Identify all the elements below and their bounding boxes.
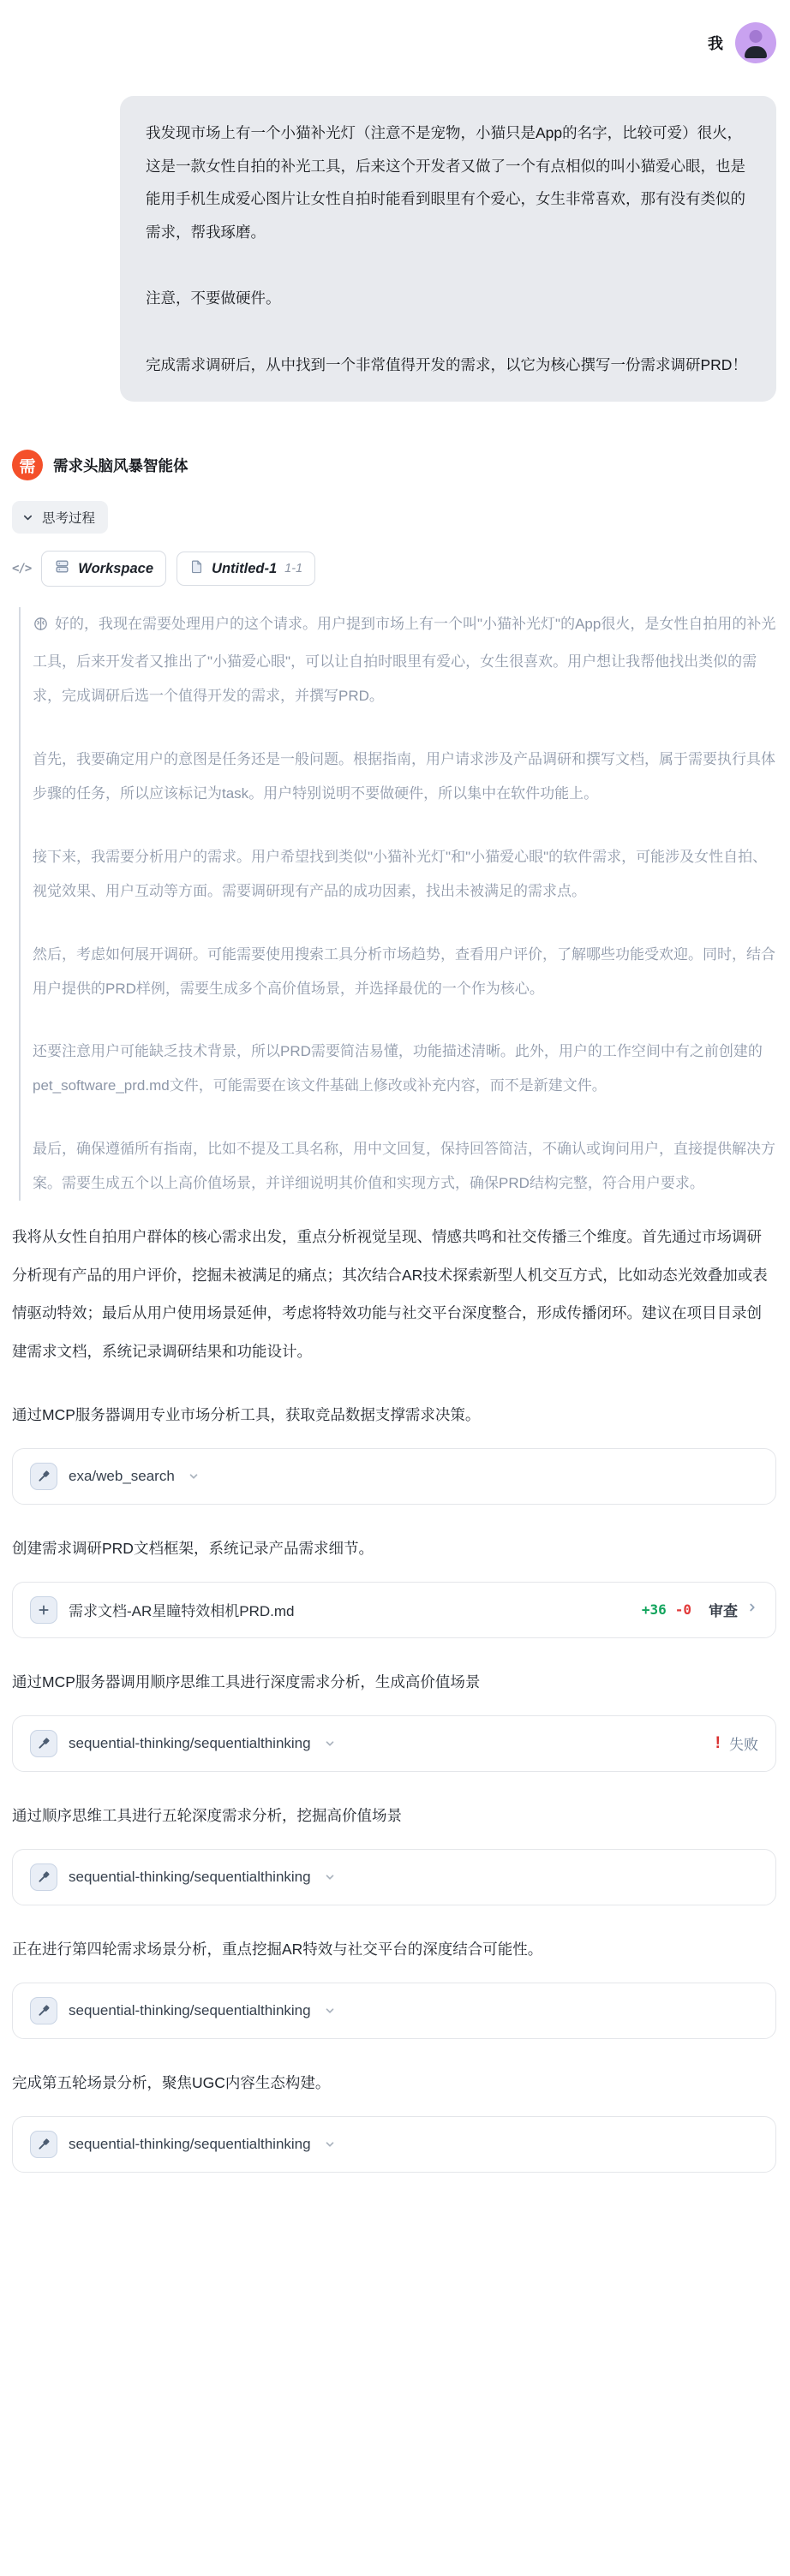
file-card-actions: +36 -0 审查 (642, 1599, 758, 1620)
tool-name: sequential-thinking/sequentialthinking (69, 1869, 311, 1886)
user-header: 我 (0, 22, 790, 63)
file-name: 需求文档-AR星瞳特效相机PRD.md (69, 1599, 295, 1620)
agent-name: 需求头脑风暴智能体 (53, 455, 189, 476)
workspace-chip[interactable]: Workspace (41, 551, 166, 587)
chevron-right-icon[interactable] (746, 1601, 758, 1618)
chevron-down-icon[interactable] (324, 1871, 336, 1883)
diff-deletions: -0 (675, 1601, 691, 1618)
tool-name: sequential-thinking/sequentialthinking (69, 1735, 311, 1752)
tool-name: exa/web_search (69, 1468, 175, 1485)
thinking-paragraph: 好的，我现在需要处理用户的这个请求。用户提到市场上有一个叫"小猫补光灯"的App… (33, 607, 776, 713)
tool-call-card[interactable]: sequential-thinking/sequentialthinking (12, 1983, 776, 2039)
error-exclamation-icon: ! (715, 1734, 721, 1753)
file-chip[interactable]: Untitled-1 1-1 (177, 552, 315, 586)
user-name-label: 我 (708, 32, 723, 54)
avatar-person-icon (750, 30, 763, 43)
chevron-down-icon[interactable] (324, 2138, 336, 2150)
diff-additions: +36 (642, 1601, 667, 1618)
tool-icon (30, 1997, 57, 2024)
chevron-down-icon[interactable] (188, 1470, 200, 1482)
tool-name: sequential-thinking/sequentialthinking (69, 2136, 311, 2153)
thinking-process-toggle[interactable]: 思考过程 (12, 501, 108, 534)
user-message-paragraph: 我发现市场上有一个小猫补光灯（注意不是宠物，小猫只是App的名字，比较可爱）很火… (146, 116, 751, 248)
tool-name: sequential-thinking/sequentialthinking (69, 2002, 311, 2019)
workspace-chip-label: Workspace (78, 561, 153, 577)
agent-avatar: 需 (12, 450, 43, 480)
step-description: 正在进行第四轮需求场景分析，重点挖掘AR特效与社交平台的深度结合可能性。 (12, 1931, 776, 1967)
code-icon: </> (12, 562, 31, 575)
thinking-paragraph: 然后，考虑如何展开调研。可能需要使用搜索工具分析市场趋势，查看用户评价，了解哪些… (33, 938, 776, 1006)
chevron-down-icon[interactable] (324, 1738, 336, 1750)
user-message-paragraph: 完成需求调研后，从中找到一个非常值得开发的需求，以它为核心撰写一份需求调研PRD… (146, 349, 751, 382)
chat-page: 我 我发现市场上有一个小猫补光灯（注意不是宠物，小猫只是App的名字，比较可爱）… (0, 0, 790, 2173)
step-description: 通过MCP服务器调用专业市场分析工具，获取竞品数据支撑需求决策。 (12, 1397, 776, 1433)
review-button[interactable]: 审查 (709, 1599, 738, 1620)
context-chips-row: </> Workspace Untitled-1 1-1 (12, 551, 790, 587)
tool-call-card[interactable]: exa/web_search (12, 1448, 776, 1505)
tool-call-card[interactable]: sequential-thinking/sequentialthinking (12, 1849, 776, 1905)
tool-call-card-failed[interactable]: sequential-thinking/sequentialthinking !… (12, 1715, 776, 1772)
brain-icon (33, 611, 49, 645)
assistant-answer: 我将从女性自拍用户群体的核心需求出发，重点分析视觉呈现、情感共鸣和社交传播三个维… (12, 1218, 776, 1371)
thinking-block: 好的，我现在需要处理用户的这个请求。用户提到市场上有一个叫"小猫补光灯"的App… (19, 607, 776, 1201)
agent-header: 需 需求头脑风暴智能体 (12, 450, 790, 480)
user-message-bubble: 我发现市场上有一个小猫补光灯（注意不是宠物，小猫只是App的名字，比较可爱）很火… (120, 96, 776, 402)
tool-status: ! 失败 (715, 1732, 758, 1754)
thinking-paragraph: 还要注意用户可能缺乏技术背景，所以PRD需要简洁易懂，功能描述清晰。此外，用户的… (33, 1035, 776, 1103)
file-chip-label: Untitled-1 (212, 561, 277, 577)
step-description: 完成第五轮场景分析，聚焦UGC内容生态构建。 (12, 2065, 776, 2101)
file-change-card[interactable]: 需求文档-AR星瞳特效相机PRD.md +36 -0 审查 (12, 1582, 776, 1638)
chevron-down-icon (21, 511, 34, 524)
fail-status-label: 失败 (729, 1732, 758, 1754)
file-plus-icon (30, 1596, 57, 1624)
thinking-paragraph: 最后，确保遵循所有指南，比如不提及工具名称，用中文回复，保持回答简洁，不确认或询… (33, 1132, 776, 1201)
tool-icon (30, 1863, 57, 1891)
chevron-down-icon[interactable] (324, 2005, 336, 2017)
tool-icon (30, 1730, 57, 1757)
file-chip-range: 1-1 (284, 562, 302, 575)
step-description: 通过顺序思维工具进行五轮深度需求分析，挖掘高价值场景 (12, 1798, 776, 1834)
tool-icon (30, 1463, 57, 1490)
tool-icon (30, 2131, 57, 2158)
user-avatar (735, 22, 776, 63)
thinking-paragraph: 首先，我要确定用户的意图是任务还是一般问题。根据指南，用户请求涉及产品调研和撰写… (33, 742, 776, 811)
step-description: 创建需求调研PRD文档框架，系统记录产品需求细节。 (12, 1530, 776, 1566)
document-icon (189, 559, 204, 578)
thinking-paragraph: 接下来，我需要分析用户的需求。用户希望找到类似"小猫补光灯"和"小猫爱心眼"的软… (33, 840, 776, 909)
user-message-paragraph: 注意，不要做硬件。 (146, 282, 751, 315)
thinking-toggle-label: 思考过程 (42, 508, 95, 527)
tool-call-card[interactable]: sequential-thinking/sequentialthinking (12, 2116, 776, 2173)
workspace-icon (54, 558, 70, 579)
step-description: 通过MCP服务器调用顺序思维工具进行深度需求分析，生成高价值场景 (12, 1664, 776, 1700)
